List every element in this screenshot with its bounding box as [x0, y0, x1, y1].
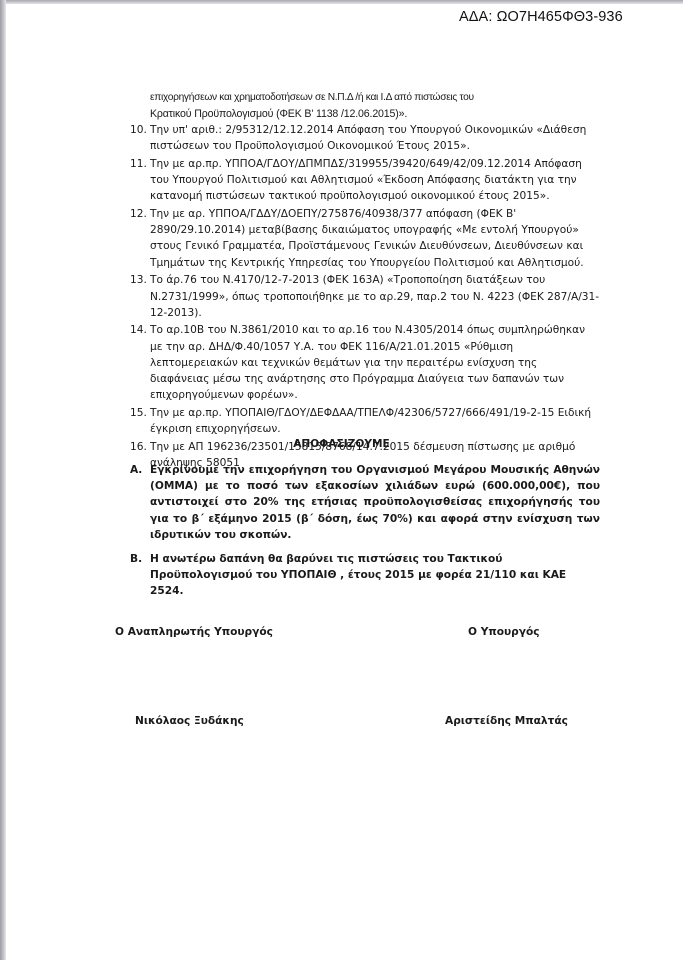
ada-identifier: ΑΔΑ: ΩΟ7Η465ΦΘ3-936 — [459, 9, 623, 25]
list-item: 12.Την με αρ. ΥΠΠΟΑ/ΓΔΔΥ/ΔΟΕΠΥ/275876/40… — [130, 206, 600, 271]
item-number: 12. — [130, 206, 147, 222]
page-top-edge — [0, 0, 683, 4]
list-item: 14.Το αρ.10Β του Ν.3861/2010 και το αρ.1… — [130, 322, 600, 403]
decision-heading: ΑΠΟΦΑΣΙΖΟΥΜΕ — [0, 436, 683, 452]
page-left-edge — [0, 0, 6, 960]
decision-item: Α. Εγκρίνουμε την επιχορήγηση του Οργανι… — [130, 462, 600, 543]
item-number: 15. — [130, 405, 147, 421]
item-text: Το άρ.76 του Ν.4170/12-7-2013 (ΦΕΚ 163Α)… — [150, 274, 599, 318]
item-text: Την με αρ.πρ. ΥΠΠΟΑ/ΓΔΟΥ/ΔΠΜΠΔΣ/319955/3… — [150, 158, 582, 202]
decision-item: Β. Η ανωτέρω δαπάνη θα βαρύνει τις πιστώ… — [130, 551, 600, 600]
item-number: 11. — [130, 156, 147, 172]
decisions-list: Α. Εγκρίνουμε την επιχορήγηση του Οργανι… — [130, 462, 600, 608]
item-text: Το αρ.10Β του Ν.3861/2010 και το αρ.16 τ… — [150, 324, 585, 401]
continuation-line-1: επιχορηγήσεων και χρηματοδοτήσεων σε Ν.Π… — [150, 90, 590, 106]
decision-text: Εγκρίνουμε την επιχορήγηση του Οργανισμο… — [150, 462, 600, 543]
decision-text: Η ανωτέρω δαπάνη θα βαρύνει τις πιστώσει… — [150, 551, 600, 600]
item-text: Την υπ' αριθ.: 2/95312/12.12.2014 Απόφασ… — [150, 124, 586, 152]
signatory-name-deputy-minister: Νικόλαος Ξυδάκης — [135, 713, 244, 729]
continuation-text: επιχορηγήσεων και χρηματοδοτήσεων σε Ν.Π… — [150, 90, 590, 122]
item-text: Την με αρ.πρ. ΥΠΟΠΑΙΘ/ΓΔΟΥ/ΔΕΦΔΑΑ/ΤΠΕΛΦ/… — [150, 407, 591, 435]
document-page: ΑΔΑ: ΩΟ7Η465ΦΘ3-936 επιχορηγήσεων και χρ… — [0, 0, 683, 960]
item-text: Την με αρ. ΥΠΠΟΑ/ΓΔΔΥ/ΔΟΕΠΥ/275876/40938… — [150, 208, 584, 269]
list-item: 13.Το άρ.76 του Ν.4170/12-7-2013 (ΦΕΚ 16… — [130, 272, 600, 321]
item-number: 14. — [130, 322, 147, 338]
decision-letter: Β. — [130, 551, 142, 567]
signatory-title-deputy-minister: Ο Αναπληρωτής Υπουργός — [115, 624, 273, 640]
item-number: 13. — [130, 272, 147, 288]
signatory-title-minister: Ο Υπουργός — [468, 624, 540, 640]
signatory-name-minister: Αριστείδης Μπαλτάς — [445, 713, 568, 729]
considerations-list: 10.Την υπ' αριθ.: 2/95312/12.12.2014 Από… — [130, 122, 600, 473]
item-number: 10. — [130, 122, 147, 138]
list-item: 10.Την υπ' αριθ.: 2/95312/12.12.2014 Από… — [130, 122, 600, 154]
decision-letter: Α. — [130, 462, 142, 478]
continuation-line-2: Κρατικού Προϋπολογισμού (ΦΕΚ Β' 1138 /12… — [150, 106, 590, 122]
list-item: 15.Την με αρ.πρ. ΥΠΟΠΑΙΘ/ΓΔΟΥ/ΔΕΦΔΑΑ/ΤΠΕ… — [130, 405, 600, 437]
list-item: 11.Την με αρ.πρ. ΥΠΠΟΑ/ΓΔΟΥ/ΔΠΜΠΔΣ/31995… — [130, 156, 600, 205]
